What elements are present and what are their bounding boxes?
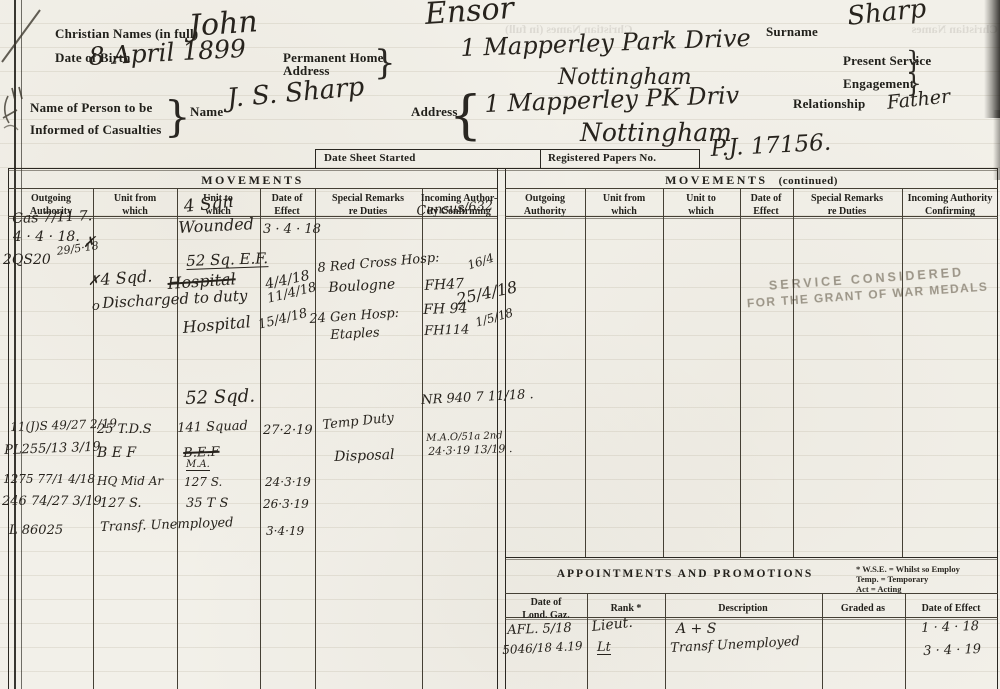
handwriting-entry: 5046/18 4.19 (502, 640, 583, 656)
handwriting-entry: B E F (97, 446, 136, 460)
handwriting-entry: AFL. 5/18 (507, 622, 572, 637)
grid-line (315, 188, 316, 689)
handwriting-entry: FH114 (424, 323, 470, 338)
column-header-line: Graded as (823, 602, 903, 615)
handwriting-entry: 1 · 4 · 18 (921, 620, 979, 635)
handwriting-entry: Transf Unemployed (670, 635, 800, 655)
handwriting-entry: Transf. Unemployed (100, 516, 234, 534)
handwriting-entry: M.A. (186, 460, 210, 471)
appointments-column-header: Rank * (588, 602, 664, 615)
handwriting-entry: 52 Sq. E.F. (186, 251, 268, 270)
handwriting-entry: Etaples (330, 326, 380, 342)
handwriting-entry: 27·2·19 (263, 424, 313, 437)
handwriting-entry: Wounded (178, 216, 254, 236)
handwriting-entry: Temp Duty (322, 412, 394, 432)
column-header-line: re Duties (794, 205, 900, 218)
handwriting-entry: 1/5/18 (474, 306, 514, 328)
grid-line (93, 188, 94, 689)
grid-line (997, 168, 998, 689)
grid-line (8, 188, 497, 189)
appointments-column-header: Date of Effect (906, 602, 996, 615)
movements-continued-column-header: Unit towhich (664, 192, 739, 218)
handwriting-entry: 4 Sqd. (100, 268, 153, 288)
handwriting-entry: 24·3·19 13/19 . (428, 443, 513, 457)
handwriting-entry: 246 74/27 3/19 (2, 495, 102, 508)
movements-column-header: Special Remarksre Duties (315, 192, 421, 218)
grid-line (585, 188, 586, 557)
column-header-line: Effect (740, 205, 792, 218)
handwriting-entry: L 86025 (9, 524, 63, 537)
column-header-line: Date of (740, 192, 792, 205)
grid-line (793, 188, 794, 557)
appointments-column-header: Description (668, 602, 818, 615)
handwriting-entry: Disposal (334, 448, 395, 464)
grid-line (497, 168, 498, 689)
column-header-line: Unit from (586, 192, 662, 205)
column-header-line: Unit from (94, 192, 176, 205)
handwriting-entry: 35 T S (186, 497, 228, 510)
grid-line (665, 593, 666, 689)
movements-continued-column-header: OutgoingAuthority (506, 192, 584, 218)
handwriting-entry: 3 · 4 · 19 (923, 643, 981, 658)
column-header-line: Outgoing (10, 192, 92, 205)
grid-line (177, 188, 178, 689)
handwriting-entry: Boulogne (328, 277, 396, 294)
handwriting-entry: ✗ (88, 274, 100, 288)
column-header-line: re Duties (315, 205, 421, 218)
column-header-line: Effect (260, 205, 314, 218)
handwriting-entry: 4 · 4 · 18. (13, 230, 80, 244)
handwriting-entry: 26·3·19 (263, 498, 309, 510)
column-header-line: which (586, 205, 662, 218)
movements-continued-column-header: Special Remarksre Duties (794, 192, 900, 218)
column-header-line: Date of (506, 596, 586, 609)
grid-line (505, 188, 998, 189)
grid-line (663, 188, 664, 557)
handwriting-entry: o (92, 300, 100, 313)
handwriting-entry: 127 S. (184, 476, 222, 488)
handwriting-entry: Lieut. (591, 616, 633, 634)
handwriting-entry: Lt (597, 641, 611, 655)
column-header-line: Description (668, 602, 818, 615)
grid-line (8, 168, 998, 169)
handwriting-entry: 25 T.D.S (97, 423, 152, 436)
appointments-column-header: Graded as (823, 602, 903, 615)
service-record-scan: Christian Names (in full) Christian Name… (0, 0, 1000, 689)
column-header-line: Lond. Gaz. (506, 609, 586, 622)
movements-continued-column-header: Incoming AuthorityConfirming (902, 192, 998, 218)
grid-line (505, 593, 998, 594)
handwriting-entry: 3 · 4 · 18 (263, 223, 321, 236)
movements-column-header: Unit fromwhich (94, 192, 176, 218)
handwriting-entry: 3·4·19 (266, 525, 304, 537)
grid-line (505, 557, 998, 558)
handwriting-entry: A + S (676, 622, 716, 636)
grid-line (8, 168, 9, 689)
handwriting-entry: 127 S. (100, 497, 142, 510)
column-header-line: which (664, 205, 739, 218)
handwriting-entry: 141 Squad (177, 420, 248, 435)
column-header-line: Rank * (588, 602, 664, 615)
column-header-line: Authority (506, 205, 584, 218)
handwriting-entry: 15/4/18 (257, 307, 309, 332)
generated-layer: OutgoingAuthorityUnit fromwhichUnit towh… (0, 0, 1000, 689)
handwriting-entry: NR 940 7 11/18 . (421, 388, 534, 407)
column-header-line: Incoming Authority (902, 192, 998, 205)
movements-continued-column-header: Date ofEffect (740, 192, 792, 218)
grid-line (902, 188, 903, 557)
column-header-line: Date of Effect (906, 602, 996, 615)
handwriting-entry: 52 Sqd. (185, 388, 255, 408)
handwriting-entry: HQ Mid Ar (97, 475, 163, 487)
column-header-line: Confirming (902, 205, 998, 218)
column-header-line: Unit to (664, 192, 739, 205)
movements-continued-column-header: Unit fromwhich (586, 192, 662, 218)
handwriting-entry: Discharged to duty (102, 288, 248, 311)
handwriting-entry: PL255/13 3/19 (4, 441, 101, 457)
handwriting-entry: Cas 7/11 7. (12, 209, 92, 226)
column-header-line: Special Remarks (794, 192, 900, 205)
grid-line (740, 188, 741, 557)
handwriting-entry: B.E.F (183, 446, 220, 460)
column-header-line: Outgoing (506, 192, 584, 205)
handwriting-entry: 1275 77/1 4/18 (3, 473, 95, 485)
handwriting-entry: 24 Gen Hosp: (309, 307, 399, 326)
column-header-line: which (94, 205, 176, 218)
handwriting-entry: 24·3·19 (265, 476, 311, 488)
appointments-column-header: Date ofLond. Gaz. (506, 596, 586, 622)
column-header-line: Date of (260, 192, 314, 205)
column-header-line: Special Remarks (315, 192, 421, 205)
handwriting-entry: Hospital (182, 314, 251, 336)
handwriting-entry: 2QS20 (3, 253, 51, 267)
movements-column-header: Date ofEffect (260, 192, 314, 218)
handwriting-entry: 25/4/18 (455, 279, 519, 307)
handwriting-entry: 16/4 (466, 252, 495, 272)
